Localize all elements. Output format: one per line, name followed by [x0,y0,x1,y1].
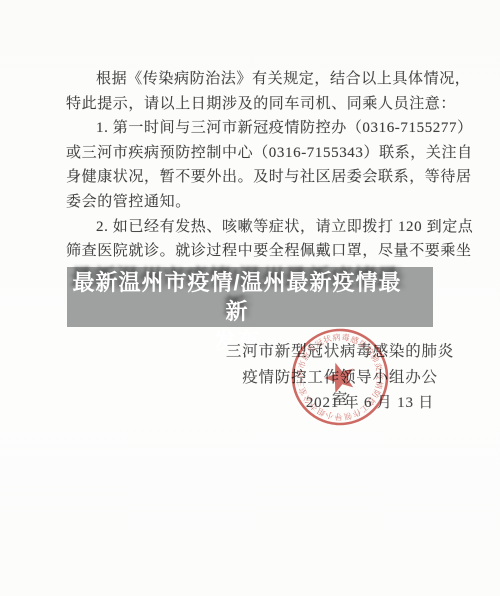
notice-line: 1. 第一时间与三河市新冠疫情防控办（0316-7155277） [66,116,434,141]
red-star-icon [321,358,359,395]
notice-line: 委会的管控通知。 [66,190,434,215]
notice-line: 2. 如已经有发热、咳嗽等症状，请立即拨打 120 到定点 [66,215,434,240]
official-red-seal: 三河市新型冠状病毒感染的肺炎疫情防控工作领导小组办公室 [281,318,399,436]
notice-line: 身健康状况，暂不要外出。及时与社区居委会联系，等待居 [66,165,434,190]
notice-line: 或三河市疾病预防控制中心（0316-7155343）联系，关注自 [66,141,434,166]
notice-line: 根据《传染病防治法》有关规定，结合以上具体情况， [66,67,434,92]
notice-body-text: 根据《传染病防治法》有关规定，结合以上具体情况， 特此提示，请以上日期涉及的同车… [66,67,434,264]
notice-line: 特此提示，请以上日期涉及的同车司机、同乘人员注意： [66,92,434,117]
notice-line: 筛查医院就诊。就诊过程中要全程佩戴口罩，尽量不要乘坐 [66,239,434,264]
screenshot-root: 根据《传染病防治法》有关规定，结合以上具体情况， 特此提示，请以上日期涉及的同车… [0,0,500,596]
